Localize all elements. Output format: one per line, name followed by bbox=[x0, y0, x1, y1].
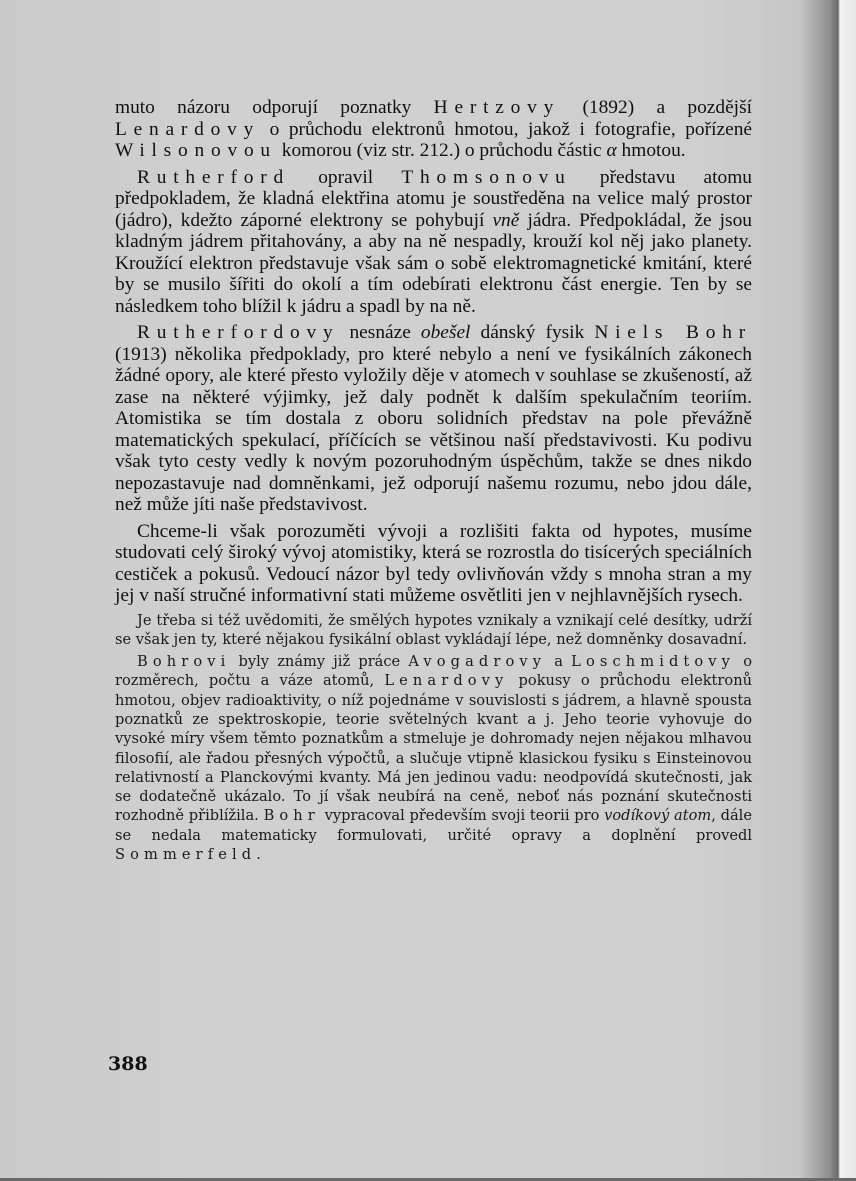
spaced-name-lenard: Lenardovy bbox=[115, 119, 260, 140]
text-segment: nesnáze bbox=[339, 322, 420, 343]
small-paragraph-1: Je třeba si též uvědomiti, že smělých hy… bbox=[115, 611, 752, 650]
spaced-name-thomson: Thomsonovu bbox=[401, 167, 571, 188]
paragraph-4: Chceme-li však porozuměti vývoji a rozli… bbox=[115, 521, 752, 607]
text-segment: byly známy již práce bbox=[230, 653, 408, 670]
italic-emphasis: vodíkový atom bbox=[604, 807, 711, 824]
spaced-name-wilson: Wilsonovou bbox=[115, 140, 277, 161]
text-segment: pokusy o průchodu elektronů hmotou, obje… bbox=[115, 672, 752, 824]
spaced-name-bohr: Bohr bbox=[264, 807, 320, 824]
text-column: muto názoru odporují poznatky Hertzovy (… bbox=[115, 97, 752, 864]
text-segment: Chceme-li však porozuměti vývoji a rozli… bbox=[115, 521, 752, 607]
text-segment: o průchodu elektronů hmotou, jakož i fot… bbox=[260, 119, 752, 140]
italic-emphasis: vně bbox=[492, 210, 519, 231]
text-segment: opravil bbox=[290, 167, 401, 188]
text-segment: komorou (viz str. 212.) o průchodu části… bbox=[277, 140, 607, 161]
text-segment: dánský fysik bbox=[470, 322, 594, 343]
text-segment: vypracoval především svoji teorii pro bbox=[320, 807, 604, 824]
italic-emphasis: obešel bbox=[421, 322, 471, 343]
spaced-name-rutherford: Rutherford bbox=[137, 167, 290, 188]
spaced-name-sommerfeld: Sommerfeld bbox=[115, 846, 256, 863]
paragraph-2: Rutherford opravil Thomsonovu představu … bbox=[115, 167, 752, 318]
paragraph-3: Rutherfordovy nesnáze obešel dánský fysi… bbox=[115, 322, 752, 516]
alpha-symbol: α bbox=[607, 140, 617, 161]
spaced-name-bohr: Bohrovi bbox=[137, 653, 230, 670]
text-segment: muto názoru odporují poznatky bbox=[115, 97, 434, 118]
small-paragraph-2: Bohrovi byly známy již práce Avogadrovy … bbox=[115, 652, 752, 864]
paragraph-1: muto názoru odporují poznatky Hertzovy (… bbox=[115, 97, 752, 162]
spaced-name-hertz: Hertzovy bbox=[434, 97, 560, 118]
text-segment: a bbox=[546, 653, 571, 670]
spaced-name-rutherford: Rutherfordovy bbox=[137, 322, 339, 343]
spaced-name-lenard: Lenardovy bbox=[384, 672, 508, 689]
scanned-page: muto názoru odporují poznatky Hertzovy (… bbox=[0, 0, 856, 1181]
page-number: 388 bbox=[108, 1053, 148, 1075]
text-segment: Je třeba si též uvědomiti, že smělých hy… bbox=[115, 612, 752, 648]
text-segment: . bbox=[256, 846, 261, 863]
text-segment: (1913) několika předpoklady, pro které n… bbox=[115, 344, 752, 516]
spaced-name-loschmidt: Loschmidtovy bbox=[571, 653, 735, 670]
spaced-name-bohr: Niels Bohr bbox=[594, 322, 752, 343]
spaced-name-avogadro: Avogadrovy bbox=[408, 653, 546, 670]
text-segment: (1892) a pozdější bbox=[560, 97, 752, 118]
text-segment: hmotou. bbox=[617, 140, 686, 161]
